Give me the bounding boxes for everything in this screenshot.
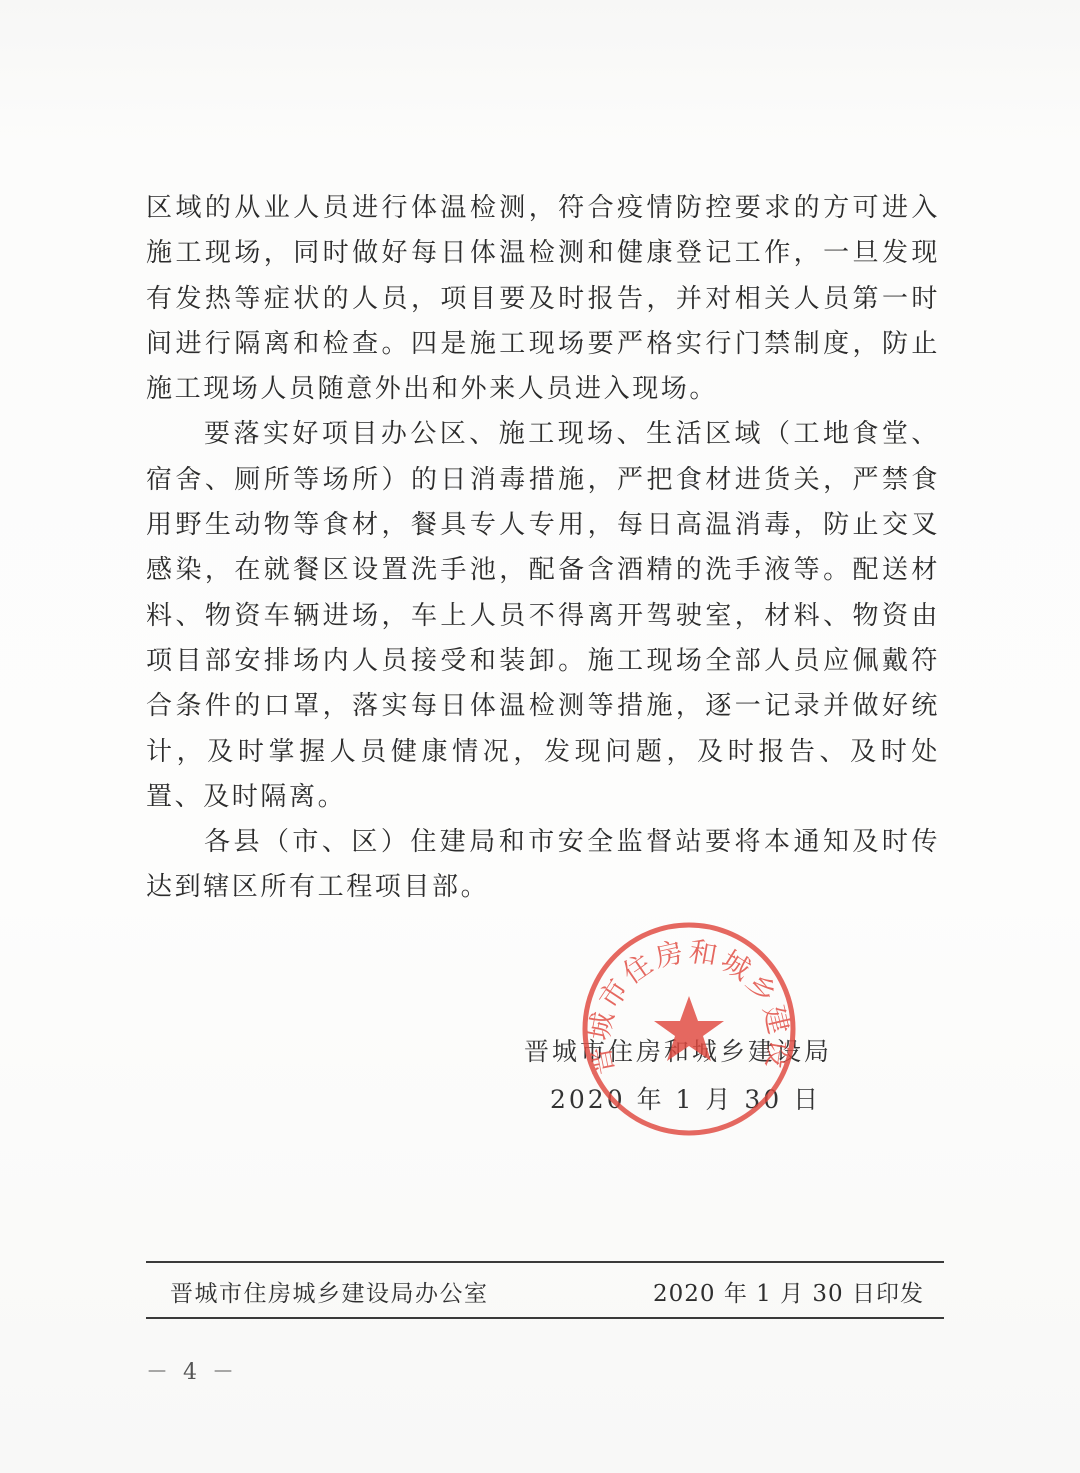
- footer-divider-top: [146, 1261, 944, 1263]
- document-body: 区域的从业人员进行体温检测，符合疫情防控要求的方可进入施工现场，同时做好每日体温…: [146, 186, 940, 911]
- paragraph-2: 要落实好项目办公区、施工现场、生活区域（工地食堂、宿舍、厕所等场所）的日消毒措施…: [146, 412, 940, 820]
- footer-issuer: 晋城市住房城乡建设局办公室: [170, 1275, 489, 1308]
- footer-divider-bottom: [146, 1317, 944, 1319]
- signature-date: 2020 年 1 月 30 日: [550, 1080, 821, 1116]
- signature-organization: 晋城市住房和城乡建设局: [524, 1032, 832, 1068]
- paragraph-3: 各县（市、区）住建局和市安全监督站要将本通知及时传达到辖区所有工程项目部。: [146, 820, 940, 911]
- footer-issue-date: 2020 年 1 月 30 日印发: [653, 1275, 924, 1308]
- paragraph-1: 区域的从业人员进行体温检测，符合疫情防控要求的方可进入施工现场，同时做好每日体温…: [146, 186, 940, 412]
- page-number: － 4 －: [146, 1355, 238, 1386]
- document-page: 区域的从业人员进行体温检测，符合疫情防控要求的方可进入施工现场，同时做好每日体温…: [0, 0, 1080, 1473]
